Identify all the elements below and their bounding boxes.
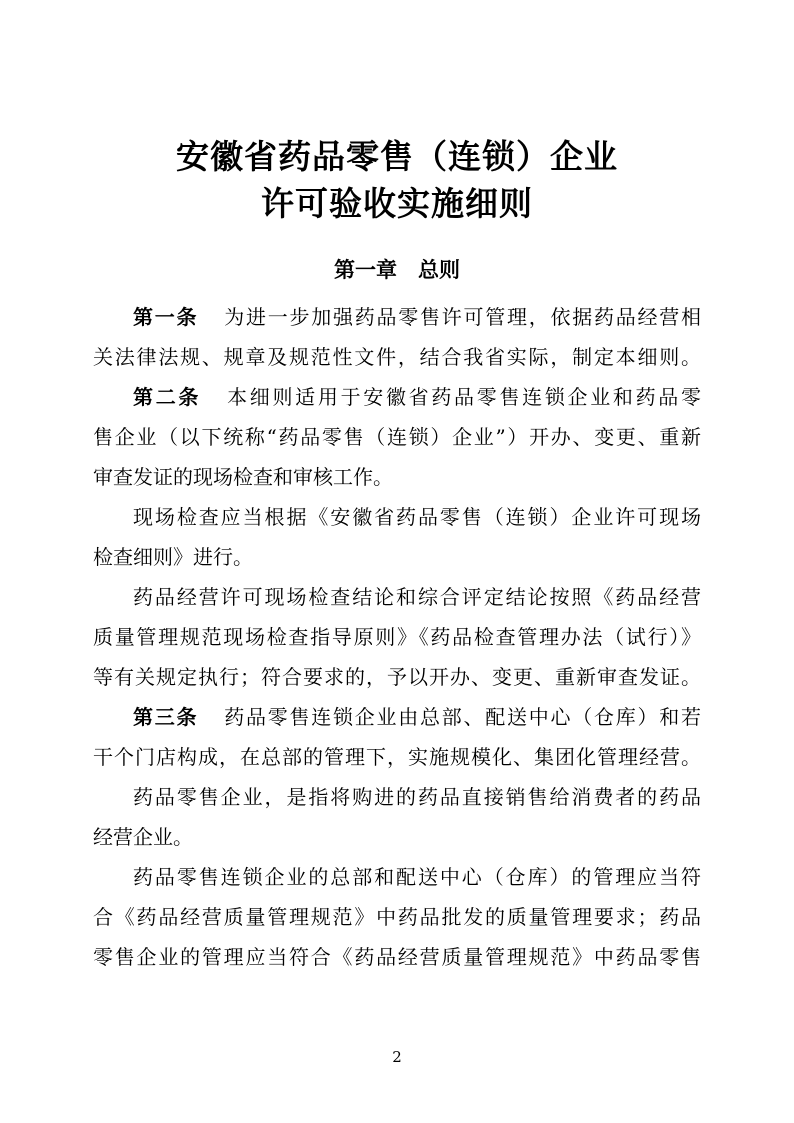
body-line: 第二条本细则适用于安徽省药品零售连锁企业和药品零: [93, 377, 701, 417]
body-line: 干个门店构成，在总部的管理下，实施规模化、集团化管理经营。: [93, 737, 701, 777]
body-line-text: 药品零售企业，是指将购进的药品直接销售给消费者的药品: [133, 785, 701, 809]
paragraph-article-2: 第二条本细则适用于安徽省药品零售连锁企业和药品零 售企业（以下统称“药品零售（连…: [93, 377, 701, 497]
chapter-heading: 第一章 总则: [0, 255, 794, 285]
document-title: 安徽省药品零售（连锁）企业 许可验收实施细则: [0, 133, 794, 227]
body-line: 合《药品经营质量管理规范》中药品批发的质量管理要求；药品: [93, 897, 701, 937]
body-line: 等有关规定执行；符合要求的，予以开办、变更、重新审查发证。: [93, 657, 701, 697]
paragraph: 药品零售连锁企业的总部和配送中心（仓库）的管理应当符 合《药品经营质量管理规范》…: [93, 857, 701, 977]
article-number: 第三条: [133, 705, 198, 729]
article-number: 第一条: [133, 305, 198, 329]
body-line: 关法律法规、规章及规范性文件，结合我省实际，制定本细则。: [93, 337, 701, 377]
body-line: 现场检查应当根据《安徽省药品零售（连锁）企业许可现场: [93, 497, 701, 537]
paragraph: 现场检查应当根据《安徽省药品零售（连锁）企业许可现场 检查细则》进行。: [93, 497, 701, 577]
body-line: 药品零售企业，是指将购进的药品直接销售给消费者的药品: [93, 777, 701, 817]
body-line: 第一条为进一步加强药品零售许可管理，依据药品经营相: [93, 297, 701, 337]
body-line: 药品零售连锁企业的总部和配送中心（仓库）的管理应当符: [93, 857, 701, 897]
body-line-text: 干个门店构成，在总部的管理下，实施规模化、集团化管理经营。: [93, 745, 701, 769]
paragraph: 药品零售企业，是指将购进的药品直接销售给消费者的药品 经营企业。: [93, 777, 701, 857]
body-line-text: 等有关规定执行；符合要求的，予以开办、变更、重新审查发证。: [93, 665, 701, 689]
body-line-text: 质量管理规范现场检查指导原则》《药品检查管理办法（试行）》: [93, 625, 701, 649]
body-line-text: 药品经营许可现场检查结论和综合评定结论按照《药品经营: [133, 585, 701, 609]
body-line-text: 审查发证的现场检查和审核工作。: [93, 465, 393, 489]
body-line-text: 现场检查应当根据《安徽省药品零售（连锁）企业许可现场: [133, 505, 701, 529]
body-line-text: 售企业（以下统称“药品零售（连锁）企业”）开办、变更、重新: [93, 425, 701, 449]
body-line: 零售企业的管理应当符合《药品经营质量管理规范》中药品零售: [93, 937, 701, 977]
body-line-text: 检查细则》进行。: [93, 545, 253, 569]
body-line: 检查细则》进行。: [93, 537, 701, 577]
body-line: 审查发证的现场检查和审核工作。: [93, 457, 701, 497]
body-line-text: 零售企业的管理应当符合《药品经营质量管理规范》中药品零售: [93, 945, 701, 969]
body-line: 质量管理规范现场检查指导原则》《药品检查管理办法（试行）》: [93, 617, 701, 657]
paragraph-article-3: 第三条药品零售连锁企业由总部、配送中心（仓库）和若 干个门店构成，在总部的管理下…: [93, 697, 701, 777]
body-line-text: 药品零售连锁企业由总部、配送中心（仓库）和若: [224, 705, 701, 729]
body-line-text: 为进一步加强药品零售许可管理，依据药品经营相: [224, 305, 701, 329]
body-line: 经营企业。: [93, 817, 701, 857]
body-line-text: 关法律法规、规章及规范性文件，结合我省实际，制定本细则。: [93, 345, 701, 369]
paragraph: 药品经营许可现场检查结论和综合评定结论按照《药品经营 质量管理规范现场检查指导原…: [93, 577, 701, 697]
body-line-text: 本细则适用于安徽省药品零售连锁企业和药品零: [227, 385, 701, 409]
body-line: 药品经营许可现场检查结论和综合评定结论按照《药品经营: [93, 577, 701, 617]
document-title-line1: 安徽省药品零售（连锁）企业: [0, 133, 794, 180]
body-line: 售企业（以下统称“药品零售（连锁）企业”）开办、变更、重新: [93, 417, 701, 457]
document-title-line2: 许可验收实施细则: [0, 180, 794, 227]
body-line: 第三条药品零售连锁企业由总部、配送中心（仓库）和若: [93, 697, 701, 737]
body-line-text: 药品零售连锁企业的总部和配送中心（仓库）的管理应当符: [133, 865, 701, 889]
body-line-text: 经营企业。: [93, 825, 193, 849]
document-body: 第一条为进一步加强药品零售许可管理，依据药品经营相 关法律法规、规章及规范性文件…: [93, 297, 701, 977]
document-page: 安徽省药品零售（连锁）企业 许可验收实施细则 第一章 总则 第一条为进一步加强药…: [0, 0, 794, 1123]
article-number: 第二条: [133, 385, 201, 409]
page-number: 2: [0, 1046, 794, 1068]
body-line-text: 合《药品经营质量管理规范》中药品批发的质量管理要求；药品: [93, 905, 701, 929]
paragraph-article-1: 第一条为进一步加强药品零售许可管理，依据药品经营相 关法律法规、规章及规范性文件…: [93, 297, 701, 377]
